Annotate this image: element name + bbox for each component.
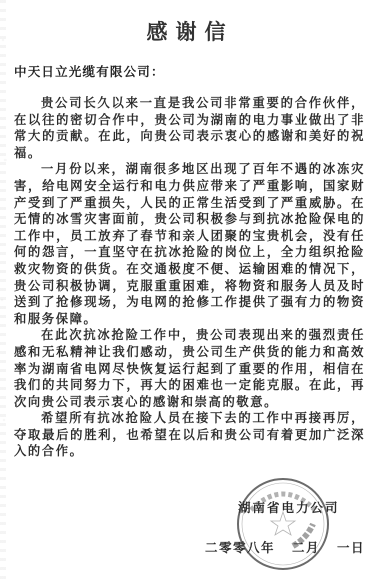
official-seal-icon [235, 476, 331, 572]
letter-page: 感谢信 中天日立光缆有限公司： 贵公司长久以来一直是我公司非常重要的合作伙伴，在… [0, 0, 380, 583]
date-day: 一日 [337, 538, 365, 556]
scan-edge-noise [0, 0, 6, 583]
paragraph-2: 一月份以来，湖南很多地区出现了百年不遇的冰冻灾害，给电网安全运行和电力供应带来了… [14, 161, 365, 327]
date-year: 二零零八年 [205, 538, 275, 556]
letter-date: 二零零八年 二月 一日 [205, 538, 365, 556]
letter-signature: 湖南省电力公司 [238, 498, 340, 516]
paragraph-3: 在此次抗冰抢险工作中，贵公司表现出来的强烈责任感和无私精神让我们感动，贵公司生产… [14, 327, 365, 410]
date-month: 二月 [292, 538, 320, 556]
letter-title: 感谢信 [0, 16, 380, 46]
letter-salutation: 中天日立光缆有限公司： [14, 62, 165, 80]
letter-body: 贵公司长久以来一直是我公司非常重要的合作伙伴，在以往的密切合作中，贵公司为湖南的… [14, 95, 365, 460]
paragraph-1: 贵公司长久以来一直是我公司非常重要的合作伙伴，在以往的密切合作中，贵公司为湖南的… [14, 95, 365, 161]
paragraph-4: 希望所有抗冰抢险人员在接下去的工作中再接再厉，夺取最后的胜利，也希望在以后和贵公… [14, 410, 365, 460]
